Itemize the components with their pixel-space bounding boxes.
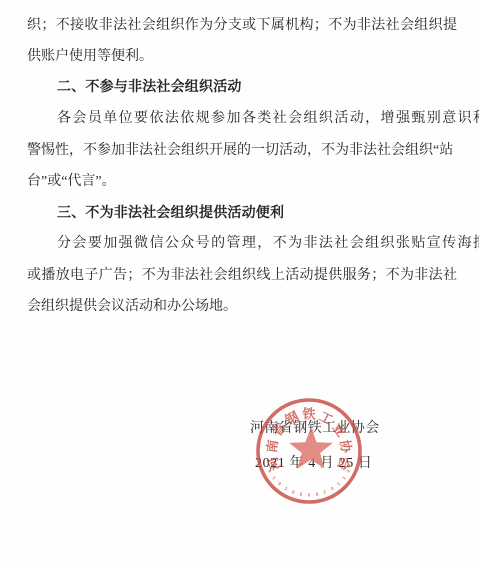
document-page: 织；不接收非法社会组织作为分支或下属机构；不为非法社会组织提供账户使用等便利。二… [0, 0, 479, 563]
seal-arc-char: 协 [337, 439, 354, 455]
seal-serial-digit: 1 [341, 475, 347, 480]
seal-serial-digit: 0 [308, 493, 311, 498]
seal-serial-digit: 2 [323, 489, 328, 495]
seal-serial-digit: 0 [277, 481, 283, 487]
section-heading: 二、不参与非法社会组织活动 [27, 77, 479, 96]
body-text-line: 各会员单位要依法依规参加各类社会组织活动，增强甄别意识和 [27, 109, 479, 128]
seal-arc-char: 南 [264, 439, 281, 454]
seal-serial-digit: 5 [299, 492, 303, 497]
seal-serial-digit: 0 [315, 491, 319, 496]
body-text-line: 台”或“代言”。 [27, 172, 457, 191]
section-heading: 三、不为非法社会组织提供活动便利 [27, 203, 479, 222]
official-seal-stamp: 河南省钢铁工业协会 4101050023112 [247, 389, 371, 513]
body-text-line: 警惕性，不参加非法社会组织开展的一切活动，不为非法社会组织“站 [27, 141, 457, 160]
body-text-line: 或播放电子广告；不为非法社会组织线上活动提供服务；不为非法社 [27, 266, 457, 285]
seal-serial-digit: 1 [336, 481, 342, 487]
seal-ring [258, 400, 360, 502]
body-text-line: 分会要加强微信公众号的管理，不为非法社会组织张贴宣传海报 [27, 234, 479, 253]
seal-serial-digit: 1 [271, 475, 277, 480]
seal-serial-digit: 3 [330, 485, 335, 491]
body-text-line: 会组织提供会议活动和办公场地。 [27, 297, 457, 316]
seal-serial-number: 4101050023112 [267, 468, 351, 497]
signature-org: 河南省钢铁工业协会 [250, 420, 380, 437]
body-text-line: 供账户使用等便利。 [27, 47, 457, 66]
seal-serial-digit: 1 [284, 486, 289, 492]
seal-serial-digit: 0 [291, 489, 296, 495]
signature-date: 2021 年 4 月 25 日 [255, 455, 373, 472]
body-text-line: 织；不接收非法社会组织作为分支或下属机构；不为非法社会组织提 [27, 16, 457, 35]
